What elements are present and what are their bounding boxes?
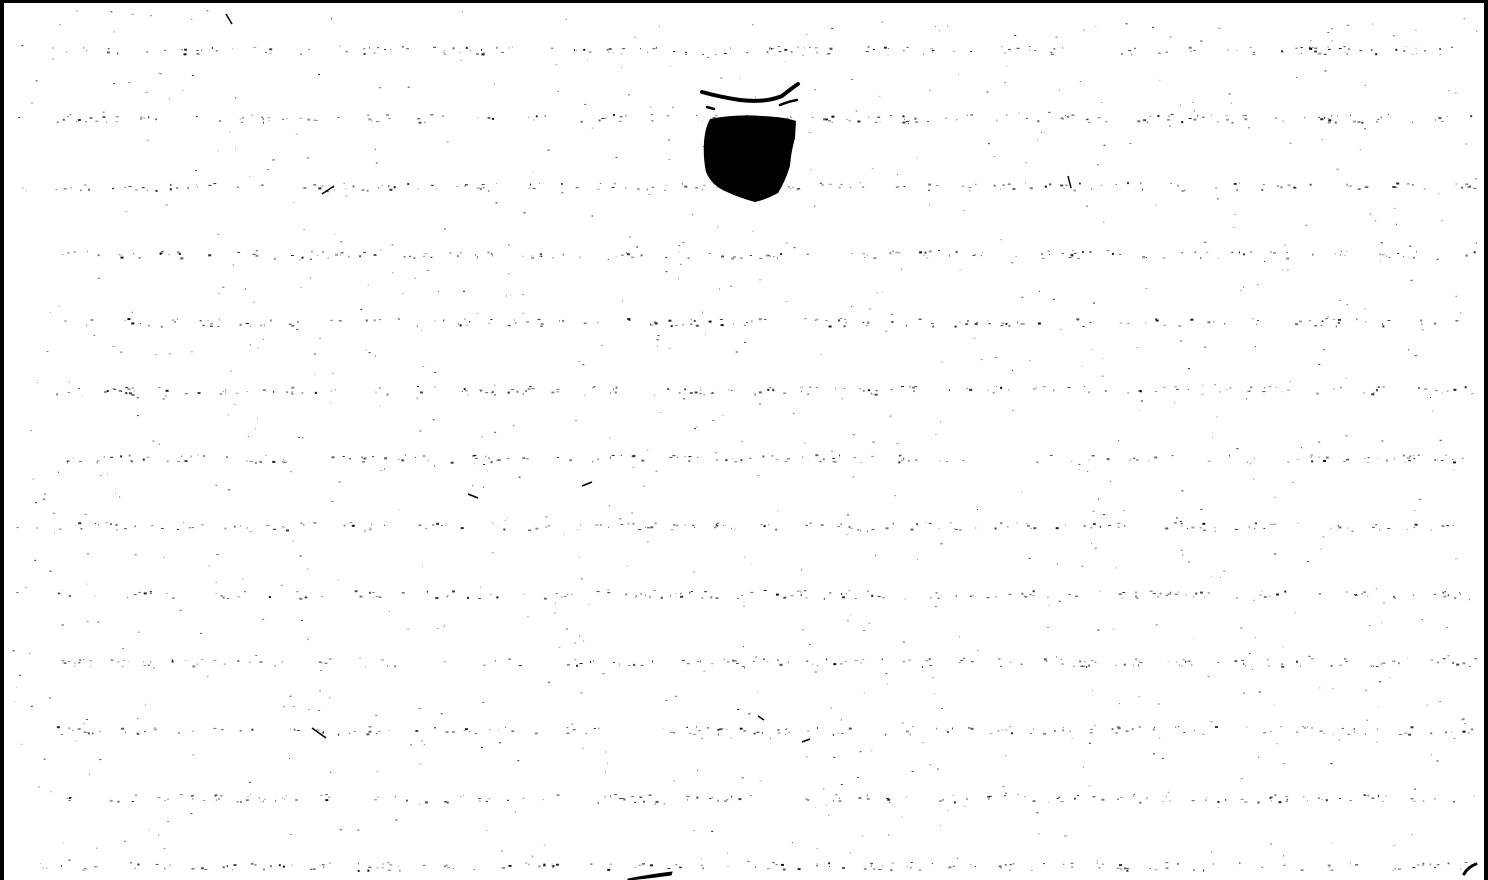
photo-canvas: Binarized black-and-white photograph: mo… — [0, 0, 1488, 880]
binarized-photo — [0, 0, 1488, 880]
